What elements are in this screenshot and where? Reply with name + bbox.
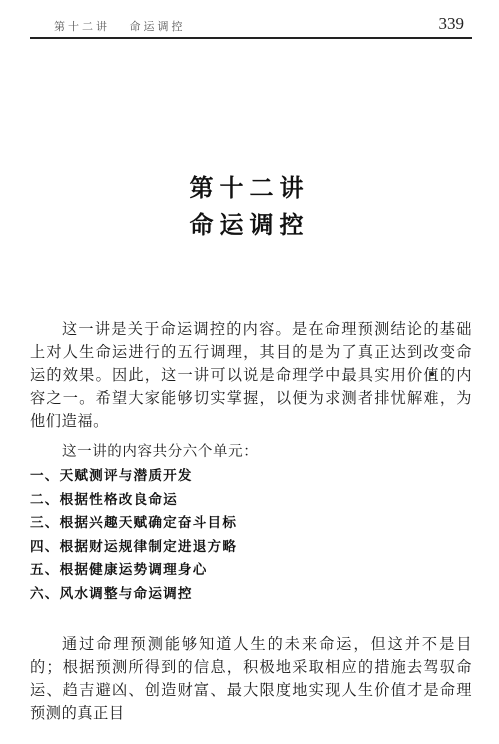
units-intro: 这一讲的内容共分六个单元： [62, 441, 258, 464]
units-list: 一、天赋测评与潜质开发 二、根据性格改良命运 三、根据兴趣天赋确定奋斗目标 四、… [30, 465, 237, 606]
page-number: 339 [439, 14, 465, 34]
paragraph-text: 通过命理预测能够知道人生的未来命运，但这并不是目的；根据预测所得到的信息，积极地… [30, 633, 472, 725]
scan-artifact-dot [430, 372, 434, 376]
purpose-paragraph: 通过命理预测能够知道人生的未来命运，但这并不是目的；根据预测所得到的信息，积极地… [30, 633, 472, 725]
header-rule [30, 37, 472, 39]
unit-item-3: 三、根据兴趣天赋确定奋斗目标 [30, 512, 237, 536]
paragraph-text: 这一讲是关于命运调控的内容。是在命理预测结论的基础上对人生命运进行的五行调理，其… [30, 318, 472, 433]
unit-item-4: 四、根据财运规律制定进退方略 [30, 536, 237, 560]
unit-item-2: 二、根据性格改良命运 [30, 489, 237, 513]
unit-item-6: 六、风水调整与命运调控 [30, 583, 237, 607]
unit-item-5: 五、根据健康运势调理身心 [30, 559, 237, 583]
chapter-title: 命运调控 [0, 205, 499, 240]
running-head-chapter: 第十二讲 命运调控 [54, 18, 186, 34]
unit-item-1: 一、天赋测评与潜质开发 [30, 465, 237, 489]
chapter-number-title: 第十二讲 [0, 168, 499, 203]
intro-paragraph: 这一讲是关于命运调控的内容。是在命理预测结论的基础上对人生命运进行的五行调理，其… [30, 318, 472, 433]
